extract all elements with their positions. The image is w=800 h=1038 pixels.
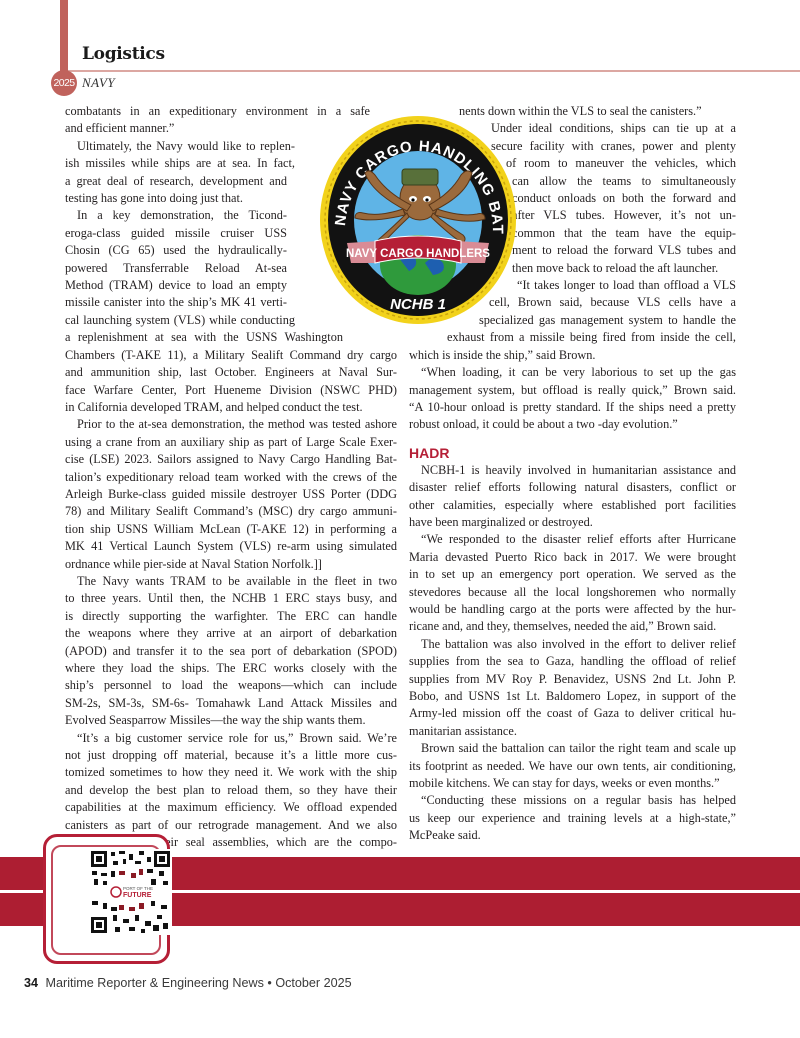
- article-text-line: powered Transferrable Reload At-sea: [65, 260, 287, 277]
- article-text-line: cell, Brown said, because VLS cells have…: [489, 294, 736, 311]
- svg-text:PORT OF THE: PORT OF THE: [123, 886, 153, 891]
- qr-code-link[interactable]: PORT OF THE FUTURE: [89, 849, 172, 935]
- article-text-line: Brown said the battalion can tailor the …: [421, 740, 736, 757]
- article-text-line: 78) and Military Sealift Command’s (MSC)…: [65, 503, 397, 520]
- article-text-line: conduct onloads on both the forward and: [512, 190, 736, 207]
- article-text-line: a great deal of research, development an…: [65, 173, 287, 190]
- article-text-line: “It takes longer to load than offload a …: [517, 277, 736, 294]
- article-text-line: “Conducting these missions on a regular …: [421, 792, 736, 809]
- article-text-line: us keep our experience and training leve…: [409, 810, 736, 827]
- article-text-line: missile canister into the ship’s MK 41 v…: [65, 294, 287, 311]
- article-text-line: a replenishment at sea with the USNS Was…: [65, 329, 343, 346]
- article-text-line: and develop the best plan to reload them…: [65, 782, 397, 799]
- article-text-line: capabilities at the maximum efficiency. …: [65, 799, 397, 816]
- article-text-line: supplies from the sea to Gaza, handling …: [409, 653, 736, 670]
- article-text-line: canisters as part of our retrograde mana…: [65, 817, 397, 834]
- article-text-line: Method (TRAM) device to load an empty: [65, 277, 287, 294]
- issue-date: October 2025: [275, 976, 351, 990]
- article-text-line: ship’s personnel to load the weapons—whi…: [65, 677, 397, 694]
- article-text-line: ordnance while pier-side at Naval Statio…: [65, 556, 397, 573]
- article-text-line: “When loading, it can be very laborious …: [421, 364, 736, 381]
- article-text-line: is directly supporting the warfighter. T…: [65, 608, 397, 625]
- article-text-line: eroga-class guided missile cruiser USS: [65, 225, 287, 242]
- article-text-line: secure facility with cranes, power and p…: [491, 138, 736, 155]
- article-text-line: have been marginalized or destroyed.: [409, 514, 736, 531]
- article-text-line: cal launching system (VLS) while conduct…: [65, 312, 295, 329]
- article-text-line: Army-led mission off the coast of Gaza t…: [409, 705, 736, 722]
- article-text-line: talion’s expeditionary reload team worke…: [65, 469, 397, 486]
- article-text-line: exhaust from a missile being fired from …: [447, 329, 736, 346]
- article-text-line: “We responded to the disaster relief eff…: [421, 531, 736, 548]
- header-rule: [68, 70, 800, 72]
- article-text-line: in California developed TRAM, and helped…: [65, 399, 397, 416]
- svg-text:FUTURE: FUTURE: [123, 892, 152, 899]
- article-text-line: (APOD) and transfer it to the sea port o…: [65, 643, 397, 660]
- article-text-line: Prior to the at-sea demonstration, the m…: [77, 416, 397, 433]
- article-text-line: which is inside the ship,” said Brown.: [409, 347, 736, 364]
- article-text-line: “A 10-hour onload is pretty standard. If…: [409, 399, 736, 416]
- year-badge: 2025: [51, 70, 77, 96]
- svg-text:NCHB 1: NCHB 1: [390, 296, 446, 313]
- article-text-line: and efficient manner.”: [65, 120, 295, 137]
- article-text-line: face Warfare Center, Port Hueneme Divisi…: [65, 382, 397, 399]
- article-text-line: in to set up an emergency port operation…: [409, 566, 736, 583]
- article-text-line: tion ship USNS William McLean (T-AKE 12)…: [65, 521, 397, 538]
- footer-separator: •: [267, 976, 271, 990]
- page-number: 34: [24, 976, 38, 990]
- article-text-line: mobile kitchens. We can stay for days, w…: [409, 775, 736, 792]
- article-text-line: cise (LSE) 2023. Sailors assigned to Nav…: [65, 451, 397, 468]
- article-text-line: management system, but offload is really…: [409, 382, 736, 399]
- publication-name: Maritime Reporter & Engineering News: [46, 976, 264, 990]
- article-text-line: manitarian assistance.: [409, 723, 736, 740]
- article-text-line: using a crane from an auxiliary ship as …: [65, 434, 397, 451]
- article-text-line: to three years. Until then, the NCHB 1 E…: [65, 590, 397, 607]
- article-text-line: the weapons where they arrive at an airp…: [65, 625, 397, 642]
- page-footer: 34 Maritime Reporter & Engineering News …: [24, 976, 352, 990]
- article-text-line: Chambers (T-AKE 11), a Military Sealift …: [65, 347, 397, 364]
- article-text-line: not just dropping off material, because …: [65, 747, 397, 764]
- article-text-line: In a key demonstration, the Ticond-: [77, 207, 287, 224]
- subheading-hadr: HADR: [409, 444, 736, 462]
- article-text-line: NCBH-1 is heavily involved in humanitari…: [421, 462, 736, 479]
- article-text-line: testing has gone into doing just that.: [65, 190, 287, 207]
- article-text-line: supplies from MV Roy P. Benavidez, USNS …: [409, 671, 736, 688]
- article-text-line: ish missiles while ships are at sea. In …: [65, 155, 295, 172]
- article-text-line: Bobo, and USNS 1st Lt. Baldomero Lopez, …: [409, 688, 736, 705]
- article-text-line: common that the team have the equip-: [512, 225, 736, 242]
- nchb-seal-image: NAVY CARGO HANDLING BATTALION ONE NAVY C…: [317, 113, 517, 327]
- section-subtitle: NAVY: [82, 75, 115, 91]
- article-text-line: its footprint as needed. We have our own…: [409, 758, 736, 775]
- article-text-line: McPeake said.: [409, 827, 736, 844]
- article-text-line: The Navy wants TRAM to be available in t…: [77, 573, 397, 590]
- article-text-line: Ultimately, the Navy would like to reple…: [77, 138, 295, 155]
- svg-text:NAVY CARGO HANDLERS: NAVY CARGO HANDLERS: [346, 248, 490, 260]
- article-text-line: ment to reload the forward VLS tubes and: [512, 242, 736, 259]
- article-text-line: where they load the ships. The ERC works…: [65, 660, 397, 677]
- article-text-line: after VLS tubes. However, it’s not un-: [512, 207, 736, 224]
- article-text-line: then move back to reload the aft launche…: [512, 260, 736, 277]
- article-text-line: Maria devasted Puerto Rico back in 2017.…: [409, 549, 736, 566]
- article-text-line: robust onload, it could be about a two -…: [409, 416, 736, 433]
- article-text-line: “It’s a big customer service role for us…: [77, 730, 397, 747]
- article-text-line: SM-2s, SM-3s, SM-6s- Tomahawk Land Attac…: [65, 695, 397, 712]
- article-text-line: and ammunition ship, last October. Engin…: [65, 364, 397, 381]
- article-text-line: tomized sometimes to how they need it. W…: [65, 764, 397, 781]
- article-text-line: Arleigh Burke-class guided missile destr…: [65, 486, 397, 503]
- article-text-line: ricane and, and they, themselves, needed…: [409, 618, 736, 635]
- article-text-line: would be handling cargo at the ports wer…: [409, 601, 736, 618]
- article-text-line: Evolved Seasparrow Missiles—the way the …: [65, 712, 397, 729]
- article-text-line: other calamities, especially where estab…: [409, 497, 736, 514]
- article-text-line: The battalion was also involved in the e…: [421, 636, 736, 653]
- article-text-line: Under ideal conditions, ships can tie up…: [491, 120, 736, 137]
- article-text-line: specialized gas management system to han…: [479, 312, 736, 329]
- article-text-line: stevedores because all the local longsho…: [409, 584, 736, 601]
- article-text-line: MK 41 Vertical Launch System (VLS) re-ar…: [65, 538, 397, 555]
- article-text-line: disaster relief efforts following natura…: [409, 479, 736, 496]
- article-text-line: Chosin (CG 65) used the hydraulically-: [65, 242, 287, 259]
- article-text-line: can allow the teams to simultaneously: [512, 173, 736, 190]
- article-text-line: of room to maneuver the vehicles, which: [506, 155, 736, 172]
- section-title: Logistics: [82, 44, 165, 64]
